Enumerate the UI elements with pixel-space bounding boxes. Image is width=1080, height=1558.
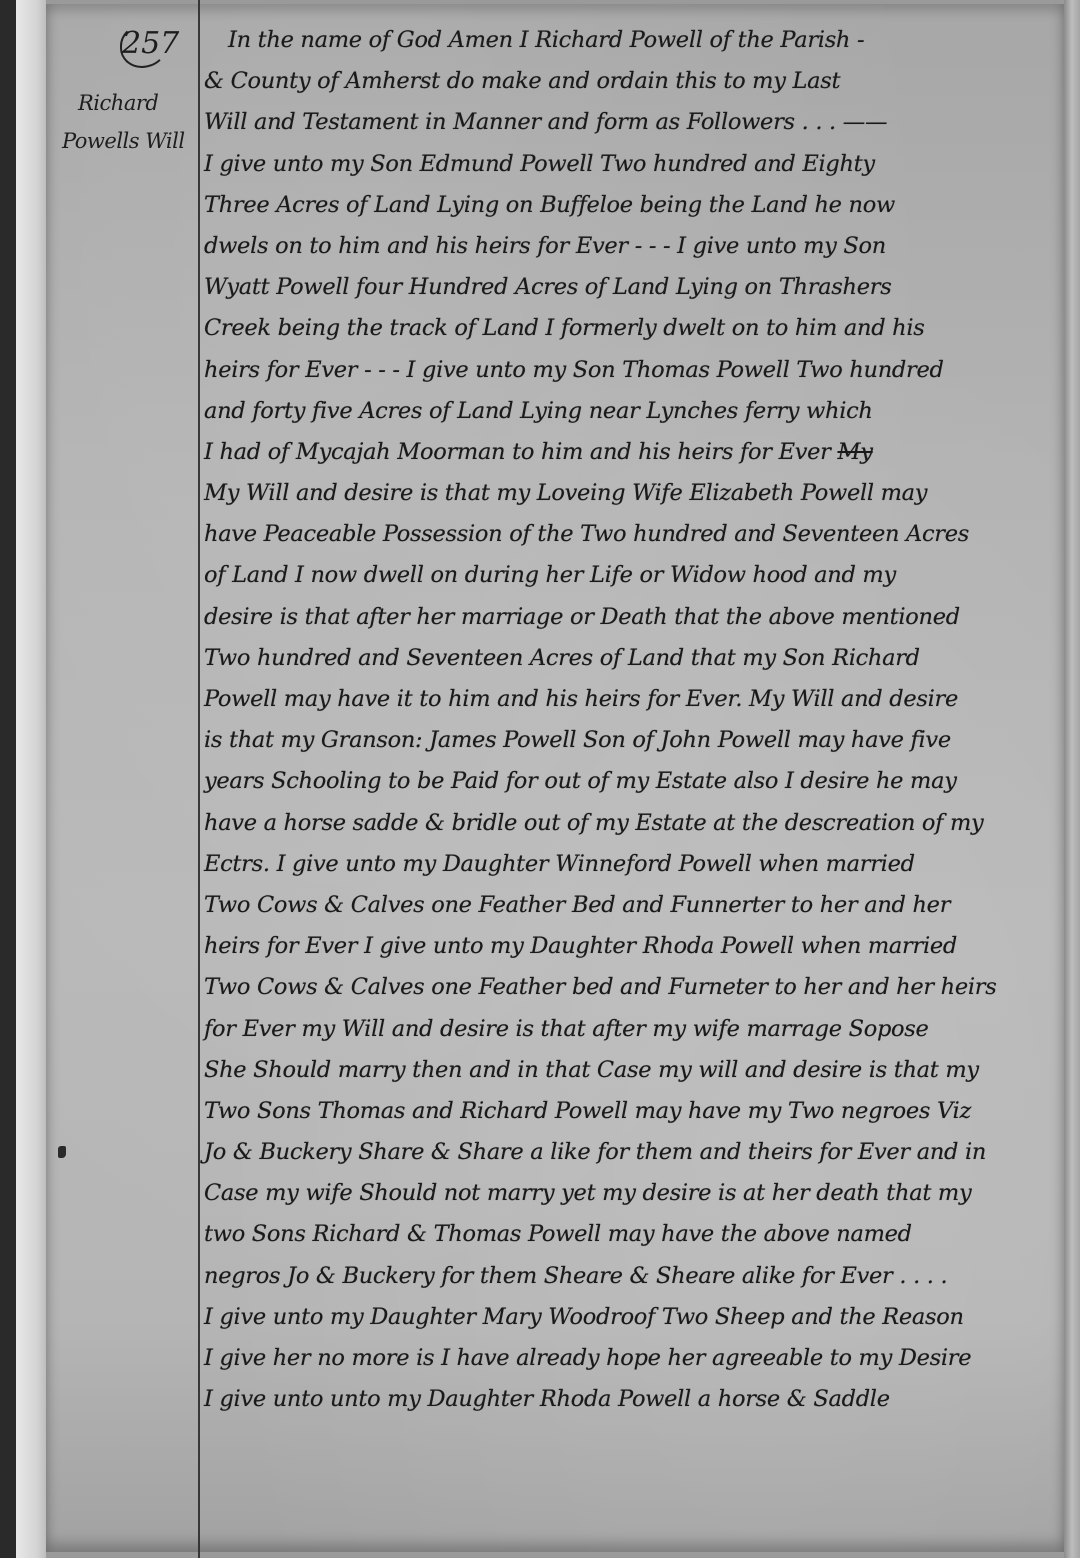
text-line-content: I had of Mycajah Moorman to him and his … — [204, 439, 831, 465]
text-line: Three Acres of Land Lying on Buffeloe be… — [204, 185, 1044, 226]
text-line: & County of Amherst do make and ordain t… — [204, 61, 1044, 102]
text-line: Two Sons Thomas and Richard Powell may h… — [204, 1091, 1044, 1132]
text-line: negros Jo & Buckery for them Sheare & Sh… — [204, 1256, 1044, 1297]
text-line: Two Cows & Calves one Feather bed and Fu… — [204, 967, 1044, 1008]
ink-blot-mark — [58, 1146, 66, 1158]
will-body-text: In the name of God Amen I Richard Powell… — [204, 20, 1044, 1420]
text-line: Powell may have it to him and his heirs … — [204, 679, 1044, 720]
text-line: is that my Granson: James Powell Son of … — [204, 720, 1044, 761]
text-line: Will and Testament in Manner and form as… — [204, 102, 1044, 143]
margin-title-line-1: Richard — [56, 84, 196, 122]
book-binding-shadow — [0, 0, 16, 1558]
text-line: heirs for Ever - - - I give unto my Son … — [204, 350, 1044, 391]
margin-title: Richard Powells Will — [56, 84, 196, 160]
text-line: have Peaceable Possession of the Two hun… — [204, 514, 1044, 555]
text-line: In the name of God Amen I Richard Powell… — [204, 20, 1044, 61]
text-line: I give unto my Son Edmund Powell Two hun… — [204, 144, 1044, 185]
text-line: dwels on to him and his heirs for Ever -… — [204, 226, 1044, 267]
margin-rule-line — [198, 0, 200, 1558]
text-line: for Ever my Will and desire is that afte… — [204, 1009, 1044, 1050]
text-line: My Will and desire is that my Loveing Wi… — [204, 473, 1044, 514]
margin-title-line-2: Powells Will — [56, 122, 196, 160]
text-line: desire is that after her marriage or Dea… — [204, 597, 1044, 638]
text-line: I give unto unto my Daughter Rhoda Powel… — [204, 1379, 1044, 1420]
text-line: two Sons Richard & Thomas Powell may hav… — [204, 1214, 1044, 1255]
text-line: Case my wife Should not marry yet my des… — [204, 1173, 1044, 1214]
text-line: Creek being the track of Land I formerly… — [204, 308, 1044, 349]
text-line: years Schooling to be Paid for out of my… — [204, 761, 1044, 802]
text-line: Wyatt Powell four Hundred Acres of Land … — [204, 267, 1044, 308]
text-line: Jo & Buckery Share & Share a like for th… — [204, 1132, 1044, 1173]
struck-word: My — [837, 439, 872, 465]
text-line: I give unto my Daughter Mary Woodroof Tw… — [204, 1297, 1044, 1338]
text-line: Ectrs. I give unto my Daughter Winneford… — [204, 844, 1044, 885]
text-line: have a horse sadde & bridle out of my Es… — [204, 803, 1044, 844]
text-line: Two Cows & Calves one Feather Bed and Fu… — [204, 885, 1044, 926]
page-right-edge — [1064, 0, 1080, 1558]
text-line: Two hundred and Seventeen Acres of Land … — [204, 638, 1044, 679]
text-line: I give her no more is I have already hop… — [204, 1338, 1044, 1379]
text-line: I had of Mycajah Moorman to him and his … — [204, 432, 1044, 473]
text-line: and forty five Acres of Land Lying near … — [204, 391, 1044, 432]
book-binding-edge — [16, 0, 46, 1558]
text-line: of Land I now dwell on during her Life o… — [204, 555, 1044, 596]
text-line: heirs for Ever I give unto my Daughter R… — [204, 926, 1044, 967]
text-line: She Should marry then and in that Case m… — [204, 1050, 1044, 1091]
